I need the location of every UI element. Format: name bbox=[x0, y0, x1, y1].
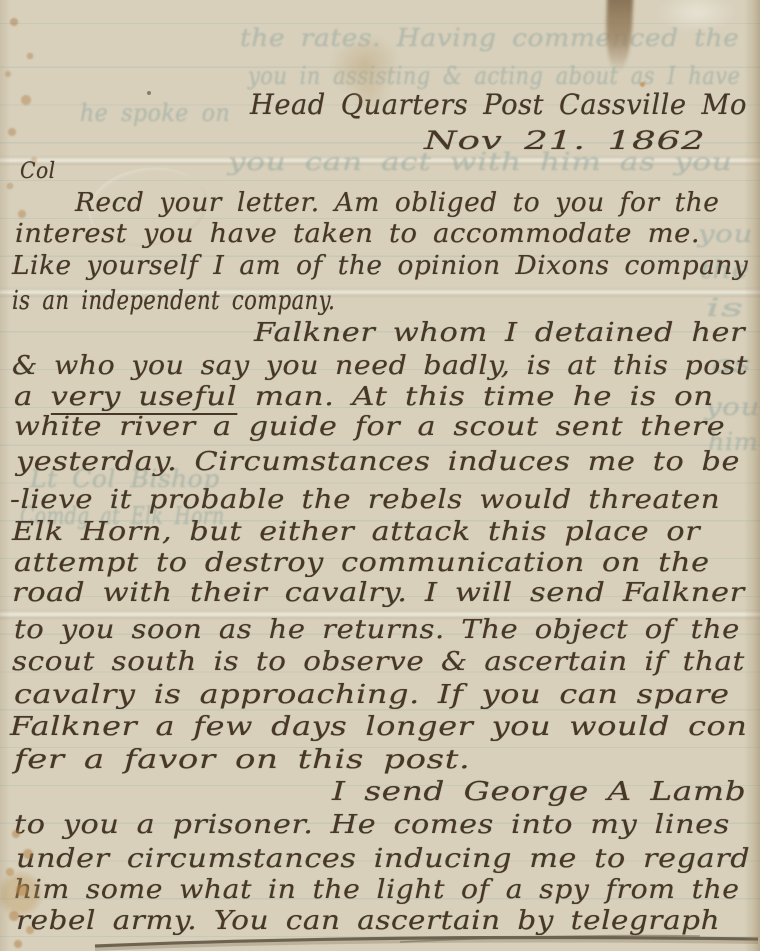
body-line: under circumstances inducing me to regar… bbox=[16, 846, 750, 873]
body-line: him some what in the light of a spy from… bbox=[14, 877, 740, 904]
page-bottom-edge bbox=[0, 926, 760, 951]
underlined-words: very useful bbox=[51, 382, 238, 415]
bleed-line: he spoke on bbox=[80, 101, 230, 126]
body-line: is an independent company. bbox=[12, 288, 335, 315]
body-line: Recd your letter. Am obliged to you for … bbox=[75, 190, 719, 217]
body-line: to you a prisoner. He comes into my line… bbox=[14, 812, 730, 839]
body-line: & who you say you need badly, is at this… bbox=[12, 353, 748, 380]
paper-left-edge bbox=[0, 0, 10, 951]
paper-wrinkle bbox=[652, 0, 742, 40]
body-line: attempt to destroy communication on the bbox=[14, 550, 710, 577]
body-line: interest you have taken to accommodate m… bbox=[15, 221, 700, 248]
body-line: scout south is to observe & ascertain if… bbox=[12, 649, 745, 676]
body-line: Falkner a few days longer you would con bbox=[10, 714, 747, 741]
body-line: Elk Horn, but either attack this place o… bbox=[12, 519, 700, 546]
letter-page: the rates. Having commenced theyou in as… bbox=[0, 0, 760, 951]
body-line: a very useful man. At this time he is on bbox=[14, 384, 714, 411]
body-line: Like yourself I am of the opinion Dixons… bbox=[12, 253, 748, 280]
body-line: white river a guide for a scout sent the… bbox=[14, 414, 725, 441]
body-line: yesterday. Circumstances induces me to b… bbox=[16, 449, 740, 476]
body-line: I send George A Lamb bbox=[332, 779, 746, 806]
ink-speck bbox=[147, 91, 151, 95]
body-line: to you soon as he returns. The object of… bbox=[14, 617, 740, 644]
body-line: fer a favor on this post. bbox=[14, 747, 470, 774]
body-line: Falkner whom I detained her bbox=[254, 320, 745, 347]
body-line: road with their cavalry. I will send Fal… bbox=[12, 580, 745, 607]
smudge-stain bbox=[344, 72, 396, 118]
body-line: -lieve it probable the rebels would thre… bbox=[10, 487, 720, 514]
rust-speck bbox=[640, 82, 645, 87]
paper-right-edge bbox=[744, 0, 760, 951]
heading-date-line: Nov 21. 1862 bbox=[424, 128, 706, 154]
body-line: cavalry is approaching. If you can spare bbox=[14, 682, 730, 709]
